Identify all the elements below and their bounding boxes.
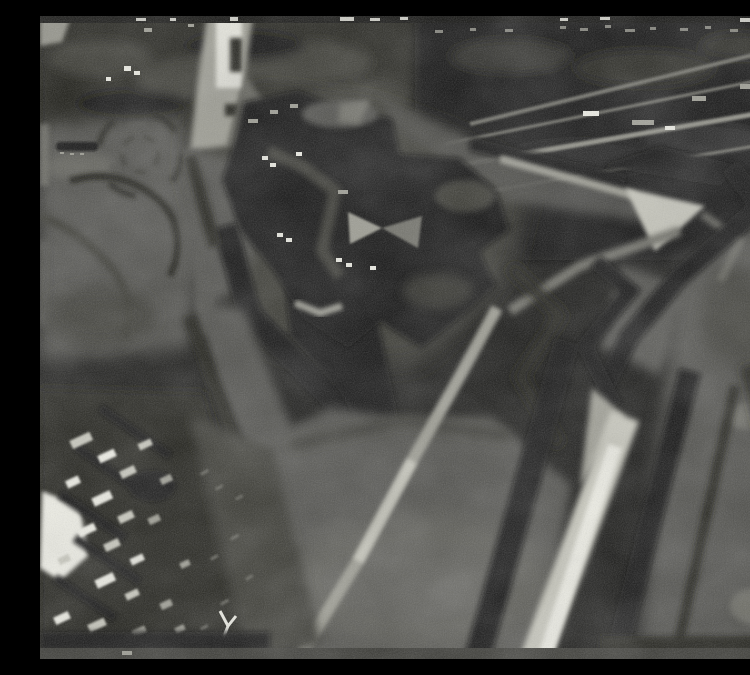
photo-canvas bbox=[40, 16, 750, 659]
aerial-photo: Grainy black-and-white vertical aerial r… bbox=[40, 16, 750, 659]
grain-overlay-fine bbox=[40, 16, 750, 659]
